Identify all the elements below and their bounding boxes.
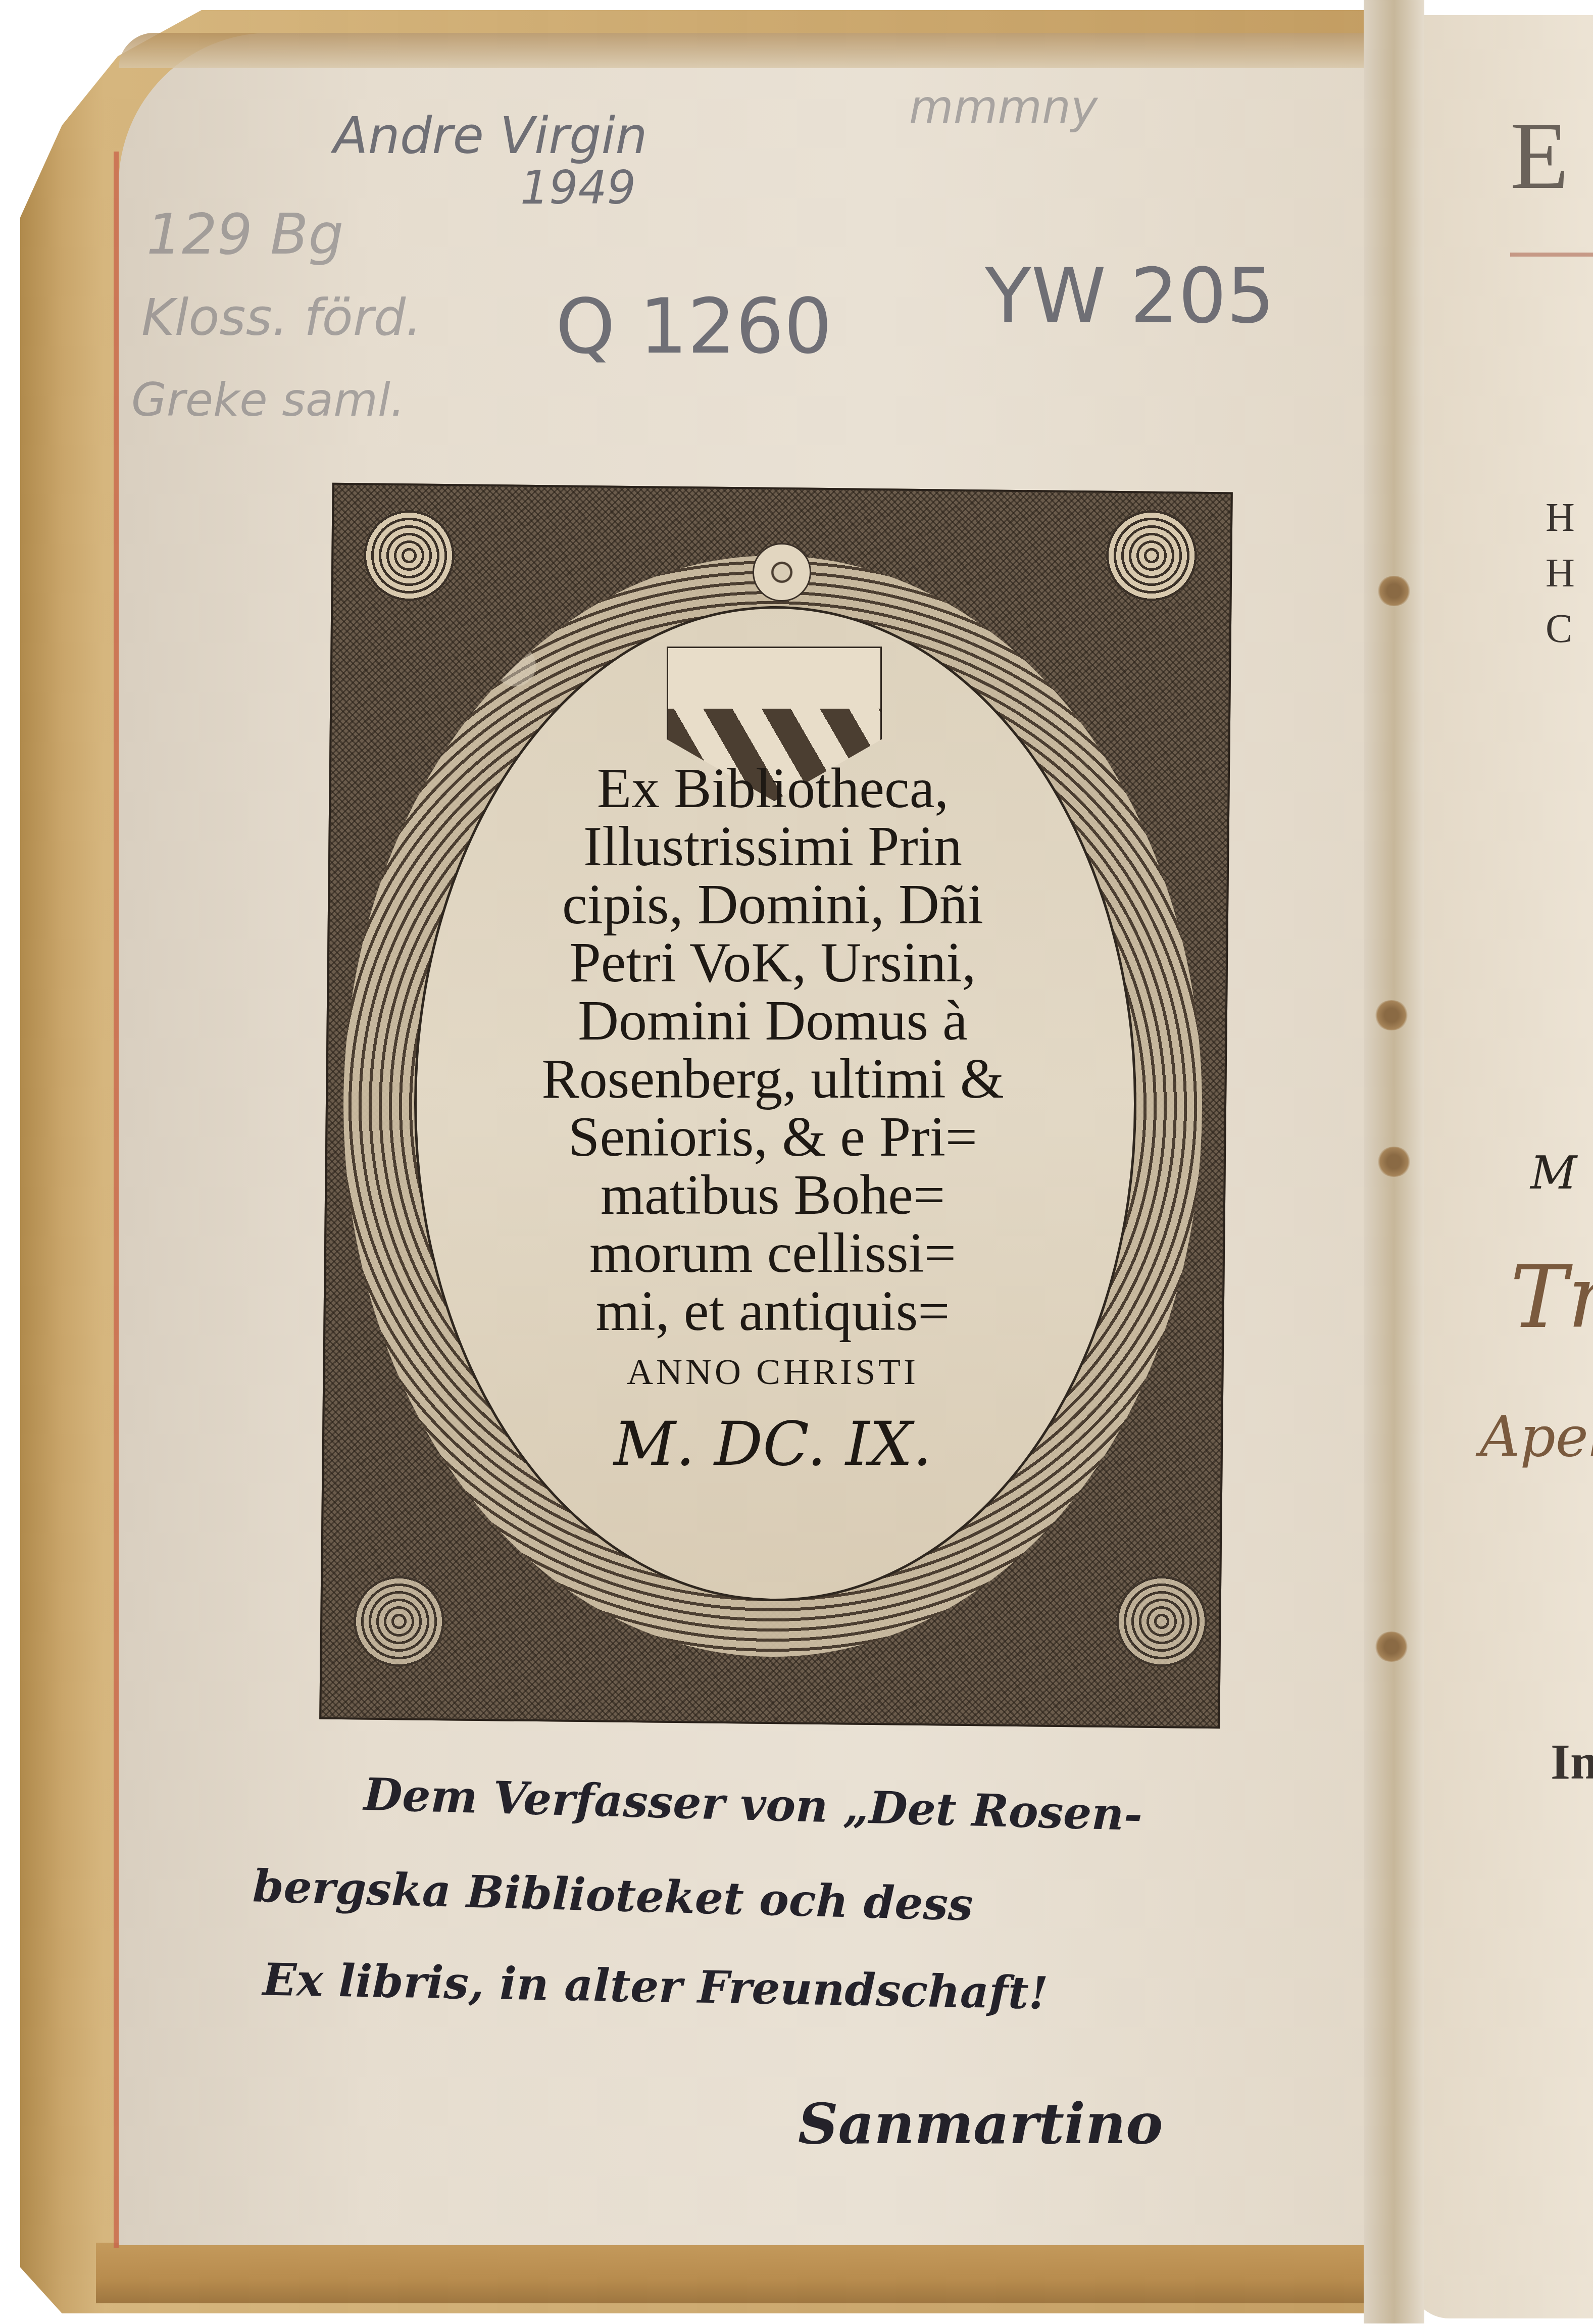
page-top-stain: [119, 33, 1391, 68]
dedication-signature: Sanmartino: [798, 2091, 1163, 2156]
title-rule: [1510, 253, 1593, 257]
bookplate-line-6: Rosenberg, ultimi &: [414, 1051, 1131, 1107]
rose-ornament: [1116, 1576, 1207, 1667]
bookplate-line-1: Ex Bibliotheca,: [414, 760, 1131, 817]
sewing-thread: [1374, 1631, 1409, 1662]
note-left-line3: Greke saml.: [131, 374, 405, 427]
caps-line-3: C: [1546, 606, 1572, 652]
caps-line-1: H: [1546, 495, 1575, 541]
title-page: E H H C M Tri Apel In: [1409, 15, 1593, 2318]
bookplate-line-4: Petri VoK, Ursini,: [414, 934, 1131, 991]
caps-line-2: H: [1546, 551, 1575, 597]
title-initial: E: [1510, 101, 1569, 211]
bookplate-line-10: mi, et antiquis=: [414, 1283, 1131, 1340]
sewing-thread: [1376, 576, 1412, 606]
owner-year-note: 1949: [520, 162, 636, 215]
bookplate-line-3: cipis, Domini, Dñi: [414, 876, 1131, 933]
print-fragment-in: In: [1551, 1733, 1593, 1791]
top-right-scribble: mmmny: [909, 81, 1098, 134]
handwritten-fragment-tri: Tri: [1510, 1248, 1593, 1348]
five-petal-rose-icon: [753, 543, 811, 602]
bookplate-year: M. DC. IX.: [414, 1414, 1131, 1475]
handwritten-fragment-apel: Apel: [1480, 1404, 1593, 1469]
cover-turn-in: [96, 2243, 1384, 2303]
shelfmark-q1260: Q 1260: [556, 283, 832, 371]
note-left-line2: Kloss. förd.: [141, 288, 422, 347]
bookplate-line-8: matibus Bohe=: [414, 1167, 1131, 1223]
rose-ornament: [1106, 510, 1197, 601]
shelfmark-yw205: YW 205: [985, 253, 1275, 340]
rose-ornament: [364, 510, 455, 601]
sewing-thread: [1376, 1147, 1412, 1177]
red-page-edge: [114, 152, 119, 2248]
handwritten-fragment-m: M: [1530, 1147, 1577, 1200]
note-left-line1: 129 Bg: [146, 202, 343, 267]
bookplate-line-5: Domini Domus à: [414, 993, 1131, 1049]
bookplate-line-9: morum cellissi=: [414, 1225, 1131, 1281]
bookplate-line-2: Illustrissimi Prin: [414, 818, 1131, 875]
bookplate-line-7: Senioris, & e Pri=: [414, 1109, 1131, 1165]
owner-name-note: Andre Virgin: [333, 106, 648, 165]
sewing-thread: [1374, 1000, 1409, 1030]
rose-ornament: [354, 1576, 444, 1667]
anno-christi-label: ANNO CHRISTI: [414, 1354, 1131, 1390]
